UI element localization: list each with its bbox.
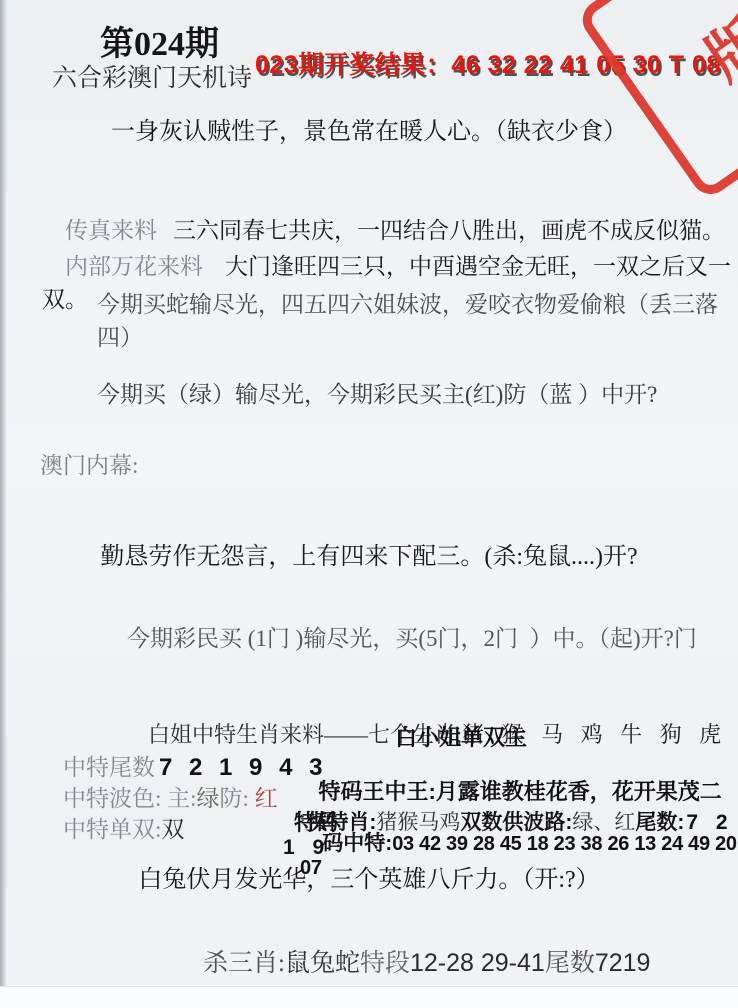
miss-white-title: 白小姐单双主 [395,721,527,752]
internal-label: 内部万花来料 [65,254,203,279]
special-numbers-label: 码中特: [322,832,392,855]
wave-color-fang: 防: [220,786,255,811]
odd-even-value: 双 [161,817,184,842]
kill-tail-values: 7219 [595,949,651,977]
wave-color-red: 红 [255,786,278,811]
wave-color-tip-line: 今期买（绿）输尽光，今期彩民买主(红)防（蓝 ）中开? [97,376,657,409]
authenticity-stamp: 正版 [575,0,738,202]
kill-three-label: 杀三肖: [203,950,285,977]
macau-insider-label: 澳门内幕: [40,447,138,480]
odd-even-label: 中特单双: [63,817,161,842]
lottery-tip-sheet: 第024期 六合彩澳门天机诗 023期开奖结果：46 32 22 41 05 3… [0,0,738,1008]
poem-line-2: 白兔伏月发光华，三个英雄八斤力。（开:?） [0,859,738,894]
special-segment-values: 12-28 29-41 [410,949,545,977]
kill-three-animals: 鼠兔蛇 [285,950,360,977]
poem-line-1: 一身灰认贼性子，景色常在暖人心。（缺衣少食） [0,111,738,146]
page-left-edge [0,0,7,1008]
kill-tail-label: 尾数 [545,950,595,977]
snake-tip-line: 今期买蛇输尽光，四五四六姐妹波，爱咬衣物爱偷粮（丢三落四） [97,286,738,352]
work-poem-line: 勤恳劳作无怨言，上有四来下配三。(杀:兔鼠....)开? [0,536,738,571]
doors-tip-line: 今期彩民买 (1门 )输尽光，买(5门，2门 ）中。（起)开?门 [127,620,697,653]
kill-three-zodiac-row: 杀三肖:鼠兔蛇特段12-28 29-41尾数7219 [178,915,650,1007]
page-subtitle: 六合彩澳门天机诗 [52,58,252,94]
wave-color-green: 绿 [197,786,220,811]
odd-even-row: 中特单双:双 [40,785,184,870]
special-segment-label: 特段 [360,950,410,977]
